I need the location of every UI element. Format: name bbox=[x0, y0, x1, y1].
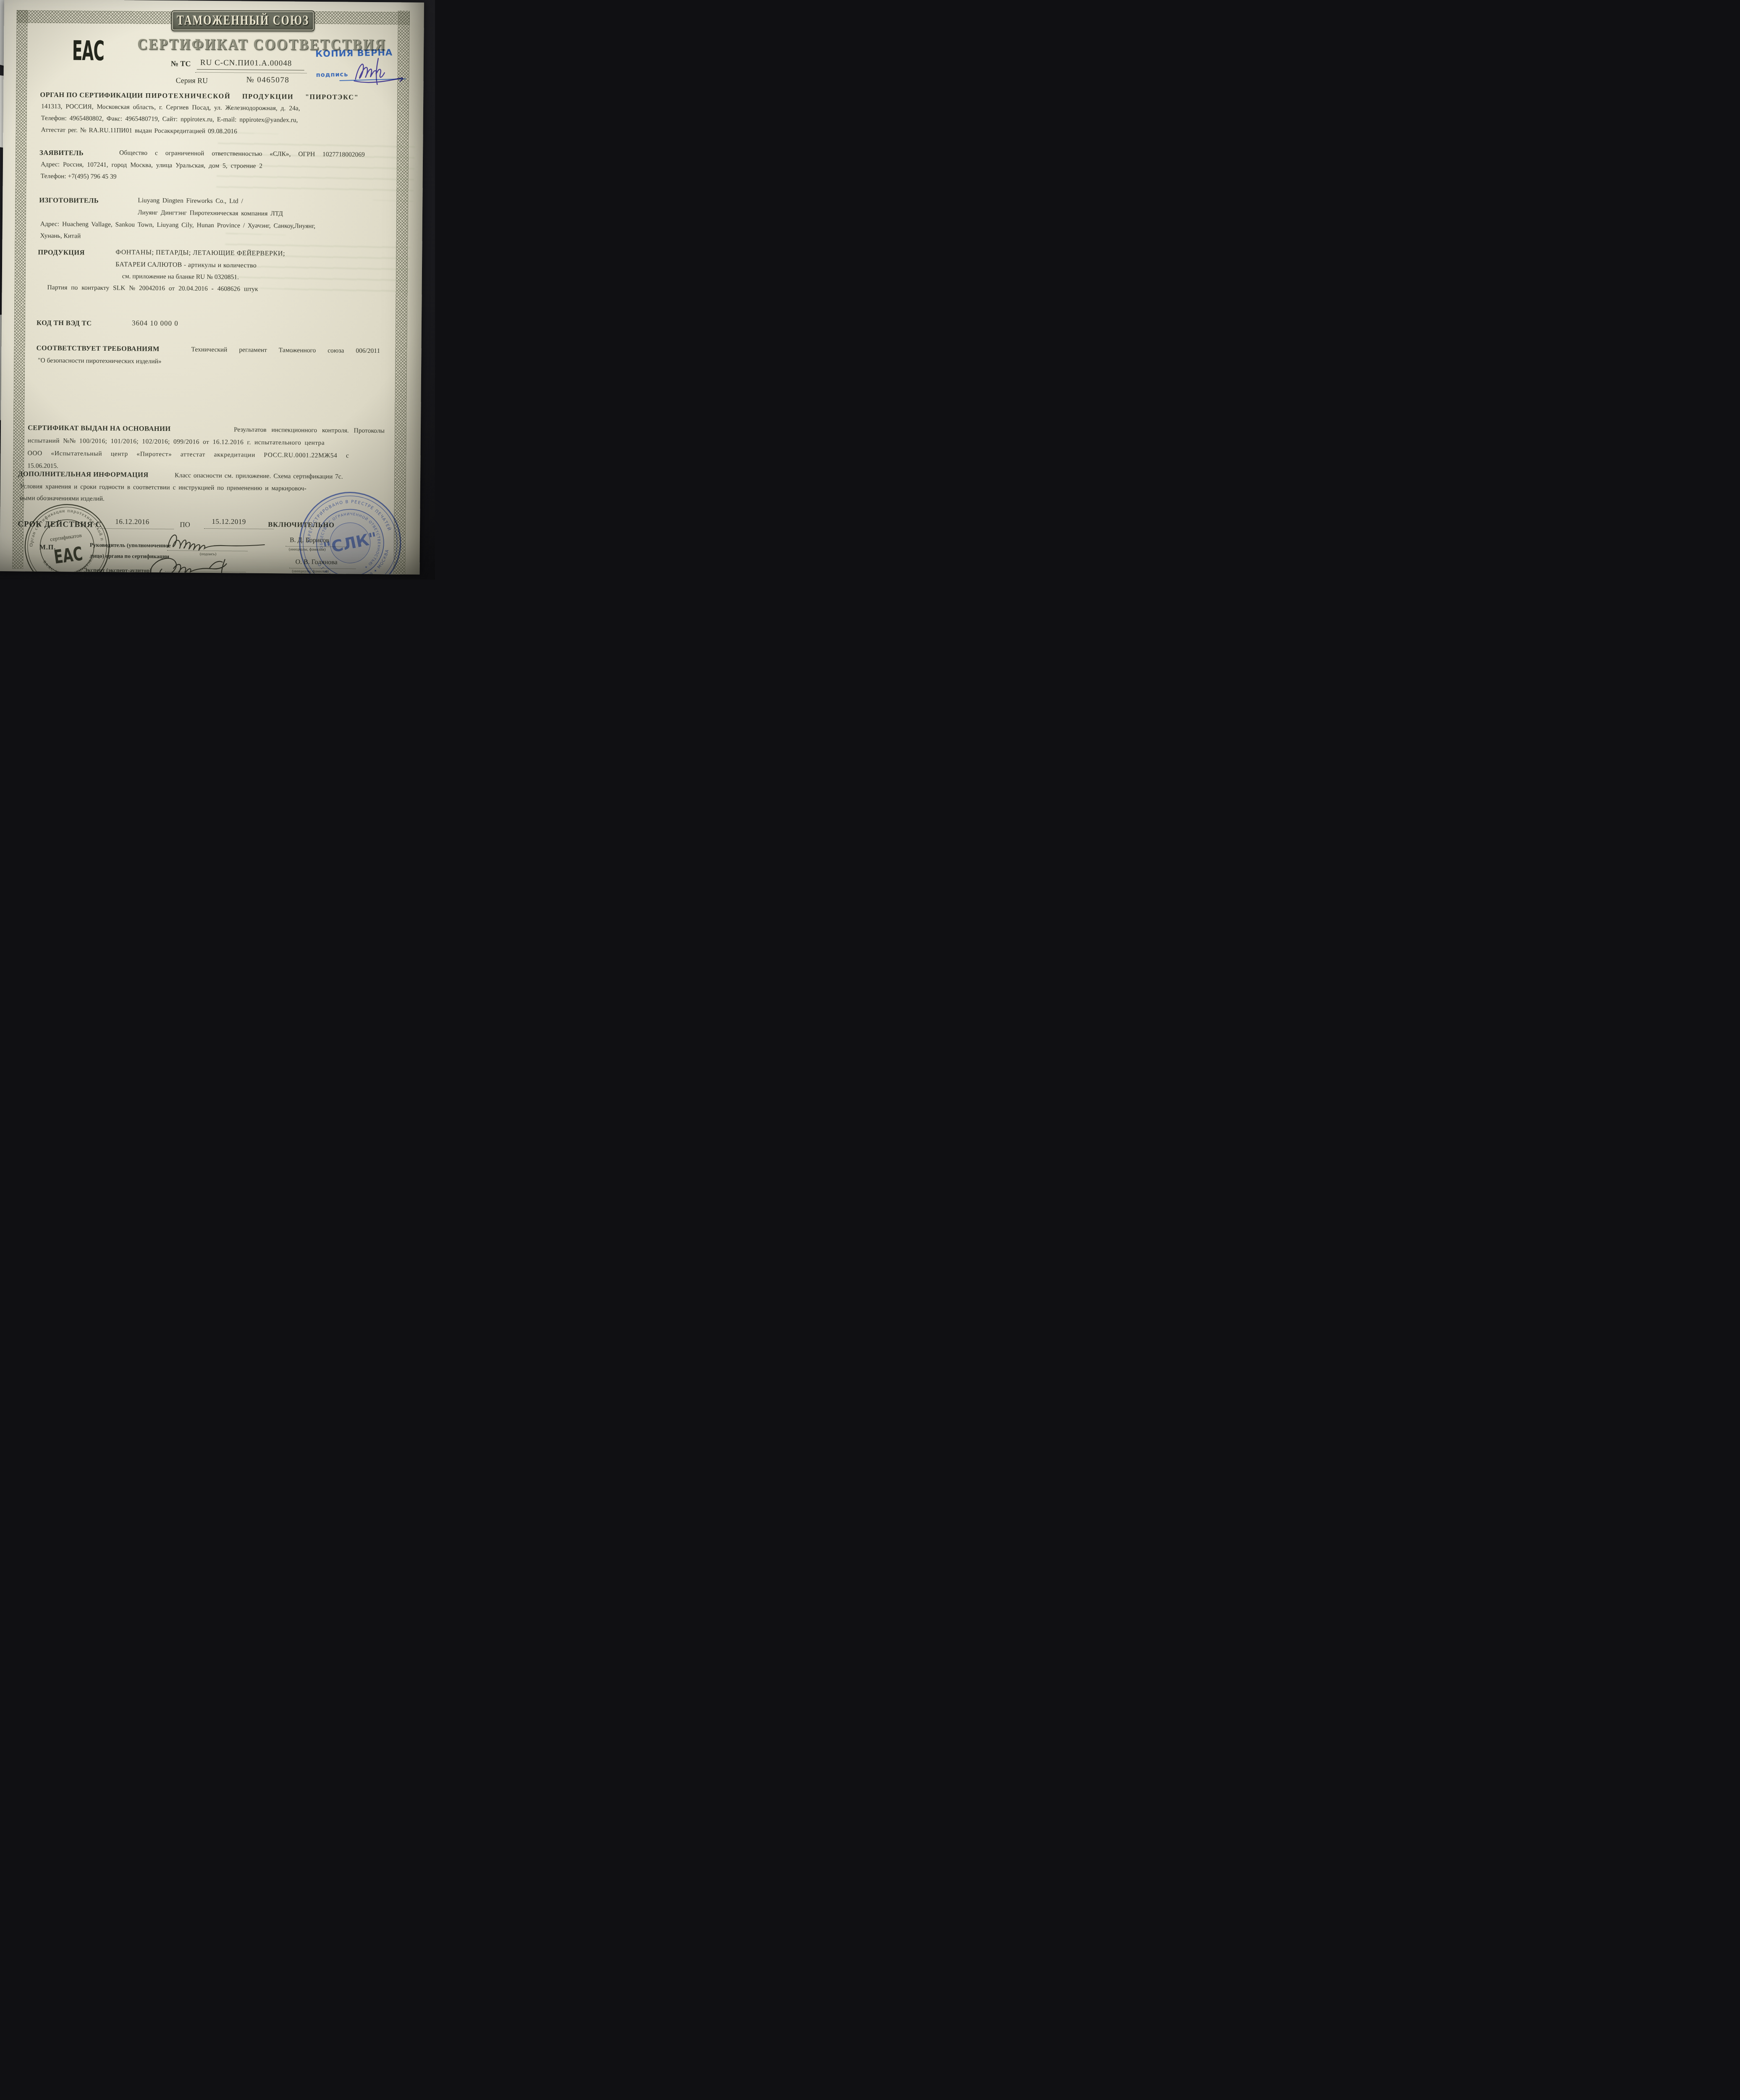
basis-line1: Результатов инспекционного контроля. Про… bbox=[234, 426, 385, 435]
border-hatch-top-right bbox=[313, 11, 410, 25]
manufacturer-name-ru: Лиуянг Дингтэнг Пиротехническая компания… bbox=[138, 209, 283, 218]
series-label: Серия RU bbox=[176, 76, 208, 85]
certificate-sheet: ТАМОЖЕННЫЙ СОЮЗ ЕАС СЕРТИФИКАТ СООТВЕТСТ… bbox=[0, 0, 424, 575]
series-number: № 0465078 bbox=[246, 76, 289, 85]
production-line3: см. приложение на бланке RU № 0320851. bbox=[122, 273, 239, 281]
compliance-section-label: СООТВЕТСТВУЕТ ТРЕБОВАНИЯМ bbox=[36, 344, 159, 353]
production-section-label: ПРОДУКЦИЯ bbox=[38, 248, 85, 257]
production-line1: ФОНТАНЫ; ПЕТАРДЫ; ЛЕТАЮЩИЕ ФЕЙЕРВЕРКИ; bbox=[115, 249, 285, 257]
basis-line2: испытаний №№ 100/2016; 101/2016; 102/201… bbox=[28, 437, 325, 447]
cert-number-underline bbox=[197, 69, 304, 71]
tnved-value: 3604 10 000 0 bbox=[132, 319, 178, 328]
border-hatch-top-left bbox=[17, 10, 171, 24]
org-attestat-line: Аттестат рег. № RA.RU.11ПИ01 выдан Росак… bbox=[41, 126, 237, 136]
eac-logo: ЕАС bbox=[72, 35, 105, 67]
banner-text: ТАМОЖЕННЫЙ СОЮЗ bbox=[177, 13, 309, 29]
banner-plaque: ТАМОЖЕННЫЙ СОЮЗ bbox=[171, 10, 315, 31]
expert-signature-scribble bbox=[147, 552, 252, 575]
manufacturer-address-line1: Адрес: Huacheng Vallage, Sankou Town, Li… bbox=[40, 220, 315, 230]
validity-from-underline bbox=[100, 528, 174, 529]
applicant-name: Общество с ограниченной ответственностью… bbox=[119, 149, 365, 159]
copy-verna-signature-label: подпись bbox=[316, 71, 348, 79]
org-contacts-line: Телефон: 4965480802, Факс: 4965480719, С… bbox=[41, 115, 298, 124]
manufacturer-name-en: Liuyang Dingten Fireworks Co., Ltd / bbox=[138, 197, 243, 205]
cert-number-label: № ТС bbox=[171, 59, 191, 68]
basis-line3: ООО «Испытательный центр «Пиротест» атте… bbox=[27, 450, 349, 460]
black-stamp-inner-word: сертификатов bbox=[50, 532, 82, 543]
additional-line1: Класс опасности см. приложение. Схема се… bbox=[175, 472, 343, 480]
manufacturer-address-line2: Хунань, Китай bbox=[40, 232, 81, 240]
org-section-label: ОРГАН ПО СЕРТИФИКАЦИИ bbox=[40, 91, 143, 100]
black-stamp-eac-text: ЕАС bbox=[52, 543, 84, 569]
compliance-line2: "О безопасности пиротехнических изделий» bbox=[38, 357, 161, 365]
manufacturer-section-label: ИЗГОТОВИТЕЛЬ bbox=[39, 196, 99, 205]
cert-number-value: RU C-CN.ПИ01.А.00048 bbox=[200, 58, 292, 68]
validity-from-date: 16.12.2016 bbox=[115, 517, 149, 526]
production-line4: Партия по контракту SLK № 20042016 от 20… bbox=[47, 284, 258, 293]
photo-background: ТАМОЖЕННЫЙ СОЮЗ ЕАС СЕРТИФИКАТ СООТВЕТСТ… bbox=[0, 0, 435, 580]
copy-signature-scribble bbox=[352, 55, 407, 89]
additional-line2: Условия хранения и сроки годности в соот… bbox=[20, 483, 307, 492]
applicant-section-label: ЗАЯВИТЕЛЬ bbox=[39, 149, 84, 157]
additional-section-label: ДОПОЛНИТЕЛЬНАЯ ИНФОРМАЦИЯ bbox=[18, 470, 149, 479]
validity-to-date: 15.12.2019 bbox=[212, 517, 246, 526]
basis-line4: 15.06.2015. bbox=[27, 462, 58, 470]
expert-signature-caption: (подпись) bbox=[200, 573, 217, 575]
cert-number-dotted-line bbox=[195, 72, 307, 73]
applicant-phone-line: Телефон: +7(495) 796 45 39 bbox=[41, 173, 117, 181]
applicant-address-line: Адрес: Россия, 107241, город Москва, ули… bbox=[41, 161, 262, 170]
slk-round-stamp: ЗАРЕГИСТРИРОВАНО В РЕЕСТРЕ ПЕЧАТЕЙ О.Г.Р… bbox=[288, 480, 412, 575]
production-line2: БАТАРЕИ САЛЮТОВ - артикулы и количество bbox=[115, 261, 257, 270]
tnved-label: КОД ТН ВЭД ТС bbox=[37, 319, 92, 328]
compliance-line1: Технический регламент Таможенного союза … bbox=[191, 346, 380, 355]
org-name: ПИРОТЕХНИЧЕСКОЙ ПРОДУКЦИИ "ПИРОТЭКС" bbox=[145, 92, 359, 102]
basis-section-label: СЕРТИФИКАТ ВЫДАН НА ОСНОВАНИИ bbox=[28, 424, 171, 433]
org-address-line: 141313, РОССИЯ, Московская область, г. С… bbox=[41, 103, 300, 113]
certification-round-stamp: Орган сертификации пиротехнической проду… bbox=[16, 496, 118, 575]
